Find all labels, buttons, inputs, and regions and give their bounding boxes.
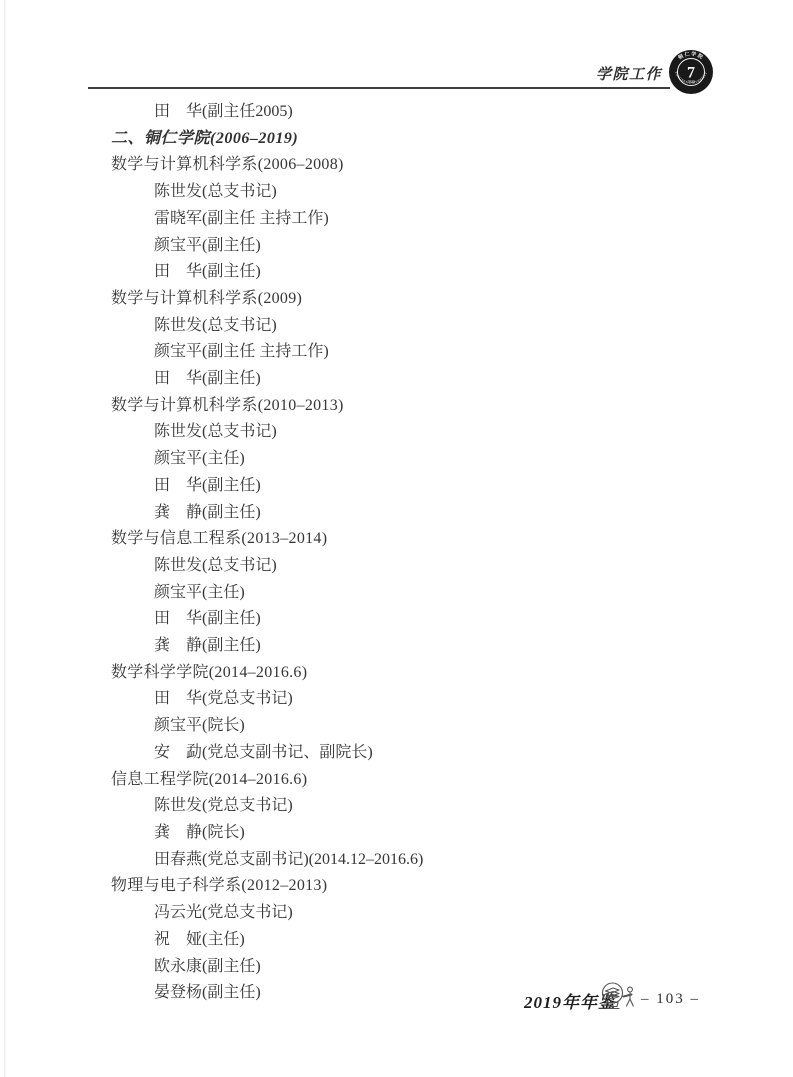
person-line: 田 华(党总支书记) xyxy=(111,686,691,713)
department-line: 数学与信息工程系(2013–2014) xyxy=(111,526,691,553)
department-line: 物理与电子科学系(2012–2013) xyxy=(111,873,691,900)
seal-glyph: 7 xyxy=(687,65,695,82)
department-line: 信息工程学院(2014–2016.6) xyxy=(111,767,691,794)
person-line: 冯云光(党总支书记) xyxy=(111,900,691,927)
seal-year: 1920 xyxy=(687,80,694,84)
person-line: 田 华(副主任) xyxy=(111,366,691,393)
person-line: 颜宝平(副主任) xyxy=(111,233,691,260)
books-and-figure-icon xyxy=(599,982,641,1014)
university-seal-icon: 铜仁学院 TONGREN UNIVERSITY 7 1920 xyxy=(668,49,714,95)
header-rule xyxy=(88,87,670,89)
person-line: 欧永康(副主任) xyxy=(111,954,691,981)
section-line: 二、铜仁学院(2006–2019) xyxy=(111,126,691,153)
page-number: – 103 – xyxy=(641,991,700,1008)
page-edge-shadow xyxy=(4,0,6,1077)
person-line: 田春燕(党总支副书记)(2014.12–2016.6) xyxy=(111,847,691,874)
person-line: 颜宝平(主任) xyxy=(111,580,691,607)
person-line: 田 华(副主任2005) xyxy=(111,99,691,126)
person-line: 颜宝平(副主任 主持工作) xyxy=(111,339,691,366)
person-line: 陈世发(总支书记) xyxy=(111,419,691,446)
yearbook-page: 学院工作 铜仁学院 TONGREN UNIVERSITY 7 1920 田 华(… xyxy=(0,0,793,1077)
person-line: 龚 静(院长) xyxy=(111,820,691,847)
page-header-title: 学院工作 xyxy=(596,63,662,84)
person-line: 安 勐(党总支副书记、副院长) xyxy=(111,740,691,767)
department-line: 数学与计算机科学系(2010–2013) xyxy=(111,393,691,420)
person-line: 田 华(副主任) xyxy=(111,606,691,633)
person-line: 龚 静(副主任) xyxy=(111,633,691,660)
roster-list: 田 华(副主任2005)二、铜仁学院(2006–2019)数学与计算机科学系(2… xyxy=(111,99,691,1007)
department-line: 数学与计算机科学系(2009) xyxy=(111,286,691,313)
person-line: 颜宝平(院长) xyxy=(111,713,691,740)
person-line: 陈世发(总支书记) xyxy=(111,179,691,206)
person-line: 陈世发(党总支书记) xyxy=(111,793,691,820)
person-line: 陈世发(总支书记) xyxy=(111,313,691,340)
person-line: 龚 静(副主任) xyxy=(111,500,691,527)
department-line: 数学科学学院(2014–2016.6) xyxy=(111,660,691,687)
person-line: 田 华(副主任) xyxy=(111,259,691,286)
department-line: 数学与计算机科学系(2006–2008) xyxy=(111,152,691,179)
person-line: 田 华(副主任) xyxy=(111,473,691,500)
person-line: 颜宝平(主任) xyxy=(111,446,691,473)
person-line: 雷晓军(副主任 主持工作) xyxy=(111,206,691,233)
person-line: 祝 娅(主任) xyxy=(111,927,691,954)
person-line: 陈世发(总支书记) xyxy=(111,553,691,580)
